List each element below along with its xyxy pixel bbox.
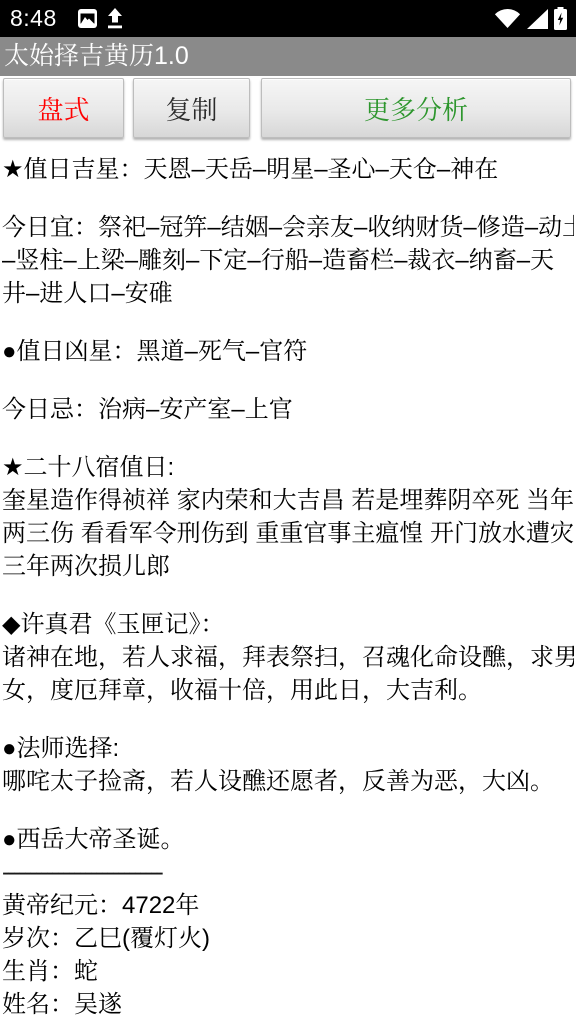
almanac-line: 姓名：吴遂 [2,988,574,1021]
almanac-line: 两三伤 看看军令刑伤到 重重官事主瘟惶 开门放水遭灾祸 [2,517,574,550]
almanac-paragraph: ◆许真君《玉匣记》：诸神在地，若人求福，拜表祭扫，召魂化命设醮，求男乞女，度厄拜… [2,608,574,707]
almanac-line: ★值日吉星：天恩–天岳–明星–圣心–天仓–神在 [2,153,574,186]
almanac-line: 生肖：蛇 [2,955,574,988]
almanac-line: ●法师选择: [2,732,574,765]
almanac-line: 诸神在地，若人求福，拜表祭扫，召魂化命设醮，求男乞 [2,641,574,674]
almanac-text[interactable]: ★值日吉星：天恩–天岳–明星–圣心–天仓–神在今日宜：祭祀–冠笄–结姻–会亲友–… [0,140,576,1021]
almanac-paragraph: ●法师选择:哪咤太子捡斋，若人设醮还愿者，反善为恶，大凶。 [2,732,574,798]
almanac-line: ●西岳大帝圣诞。 [2,823,574,856]
dashed-separator: ----------------------------- [2,856,574,889]
almanac-line: ◆许真君《玉匣记》： [2,608,574,641]
almanac-paragraph: ★值日吉星：天恩–天岳–明星–圣心–天仓–神在 [2,153,574,186]
wifi-icon [494,8,521,29]
almanac-line: 井–进人口–安碓 [2,277,574,310]
app-title: 太始择吉黄历1.0 [4,37,189,76]
title-bar: 太始择吉黄历1.0 [0,37,576,76]
battery-charging-icon [554,7,567,30]
almanac-paragraph: ●西岳大帝圣诞。-----------------------------黄帝纪… [2,823,574,1021]
copy-button[interactable]: 复制 [133,78,250,138]
cellular-signal-icon [527,9,548,29]
photo-notification-icon [78,9,97,28]
almanac-line: 今日忌：治病–安产室–上官 [2,393,574,426]
almanac-line: 今日宜：祭祀–冠笄–结姻–会亲友–收纳财货–修造–动土 [2,211,574,244]
almanac-line: 三年两次损儿郎 [2,550,574,583]
almanac-line: 黄帝纪元：4722年 [2,889,574,922]
more-analysis-button[interactable]: 更多分析 [261,78,571,138]
almanac-paragraph: 今日忌：治病–安产室–上官 [2,393,574,426]
almanac-line: 岁次：乙巳(覆灯火) [2,922,574,955]
upload-icon [106,7,124,31]
pan-shi-button[interactable]: 盘式 [3,78,124,138]
almanac-line: 女，度厄拜章，收福十倍，用此日，大吉利。 [2,674,574,707]
almanac-paragraph: ★二十八宿值日:奎星造作得祯祥 家内荣和大吉昌 若是埋葬阴卒死 当年定主两三伤 … [2,451,574,583]
almanac-line: 哪咤太子捡斋，若人设醮还愿者，反善为恶，大凶。 [2,765,574,798]
almanac-line: 奎星造作得祯祥 家内荣和大吉昌 若是埋葬阴卒死 当年定主 [2,484,574,517]
status-bar: 8:48 [0,0,576,37]
almanac-paragraph: ●值日凶星：黑道–死气–官符 [2,335,574,368]
almanac-paragraph: 今日宜：祭祀–冠笄–结姻–会亲友–收纳财货–修造–动土–竖柱–上梁–雕刻–下定–… [2,211,574,310]
almanac-line: ★二十八宿值日: [2,451,574,484]
toolbar: 盘式 复制 更多分析 [0,76,576,140]
almanac-line: ●值日凶星：黑道–死气–官符 [2,335,574,368]
almanac-line: –竖柱–上梁–雕刻–下定–行船–造畜栏–裁衣–纳畜–天 [2,244,574,277]
clock: 8:48 [10,0,57,37]
